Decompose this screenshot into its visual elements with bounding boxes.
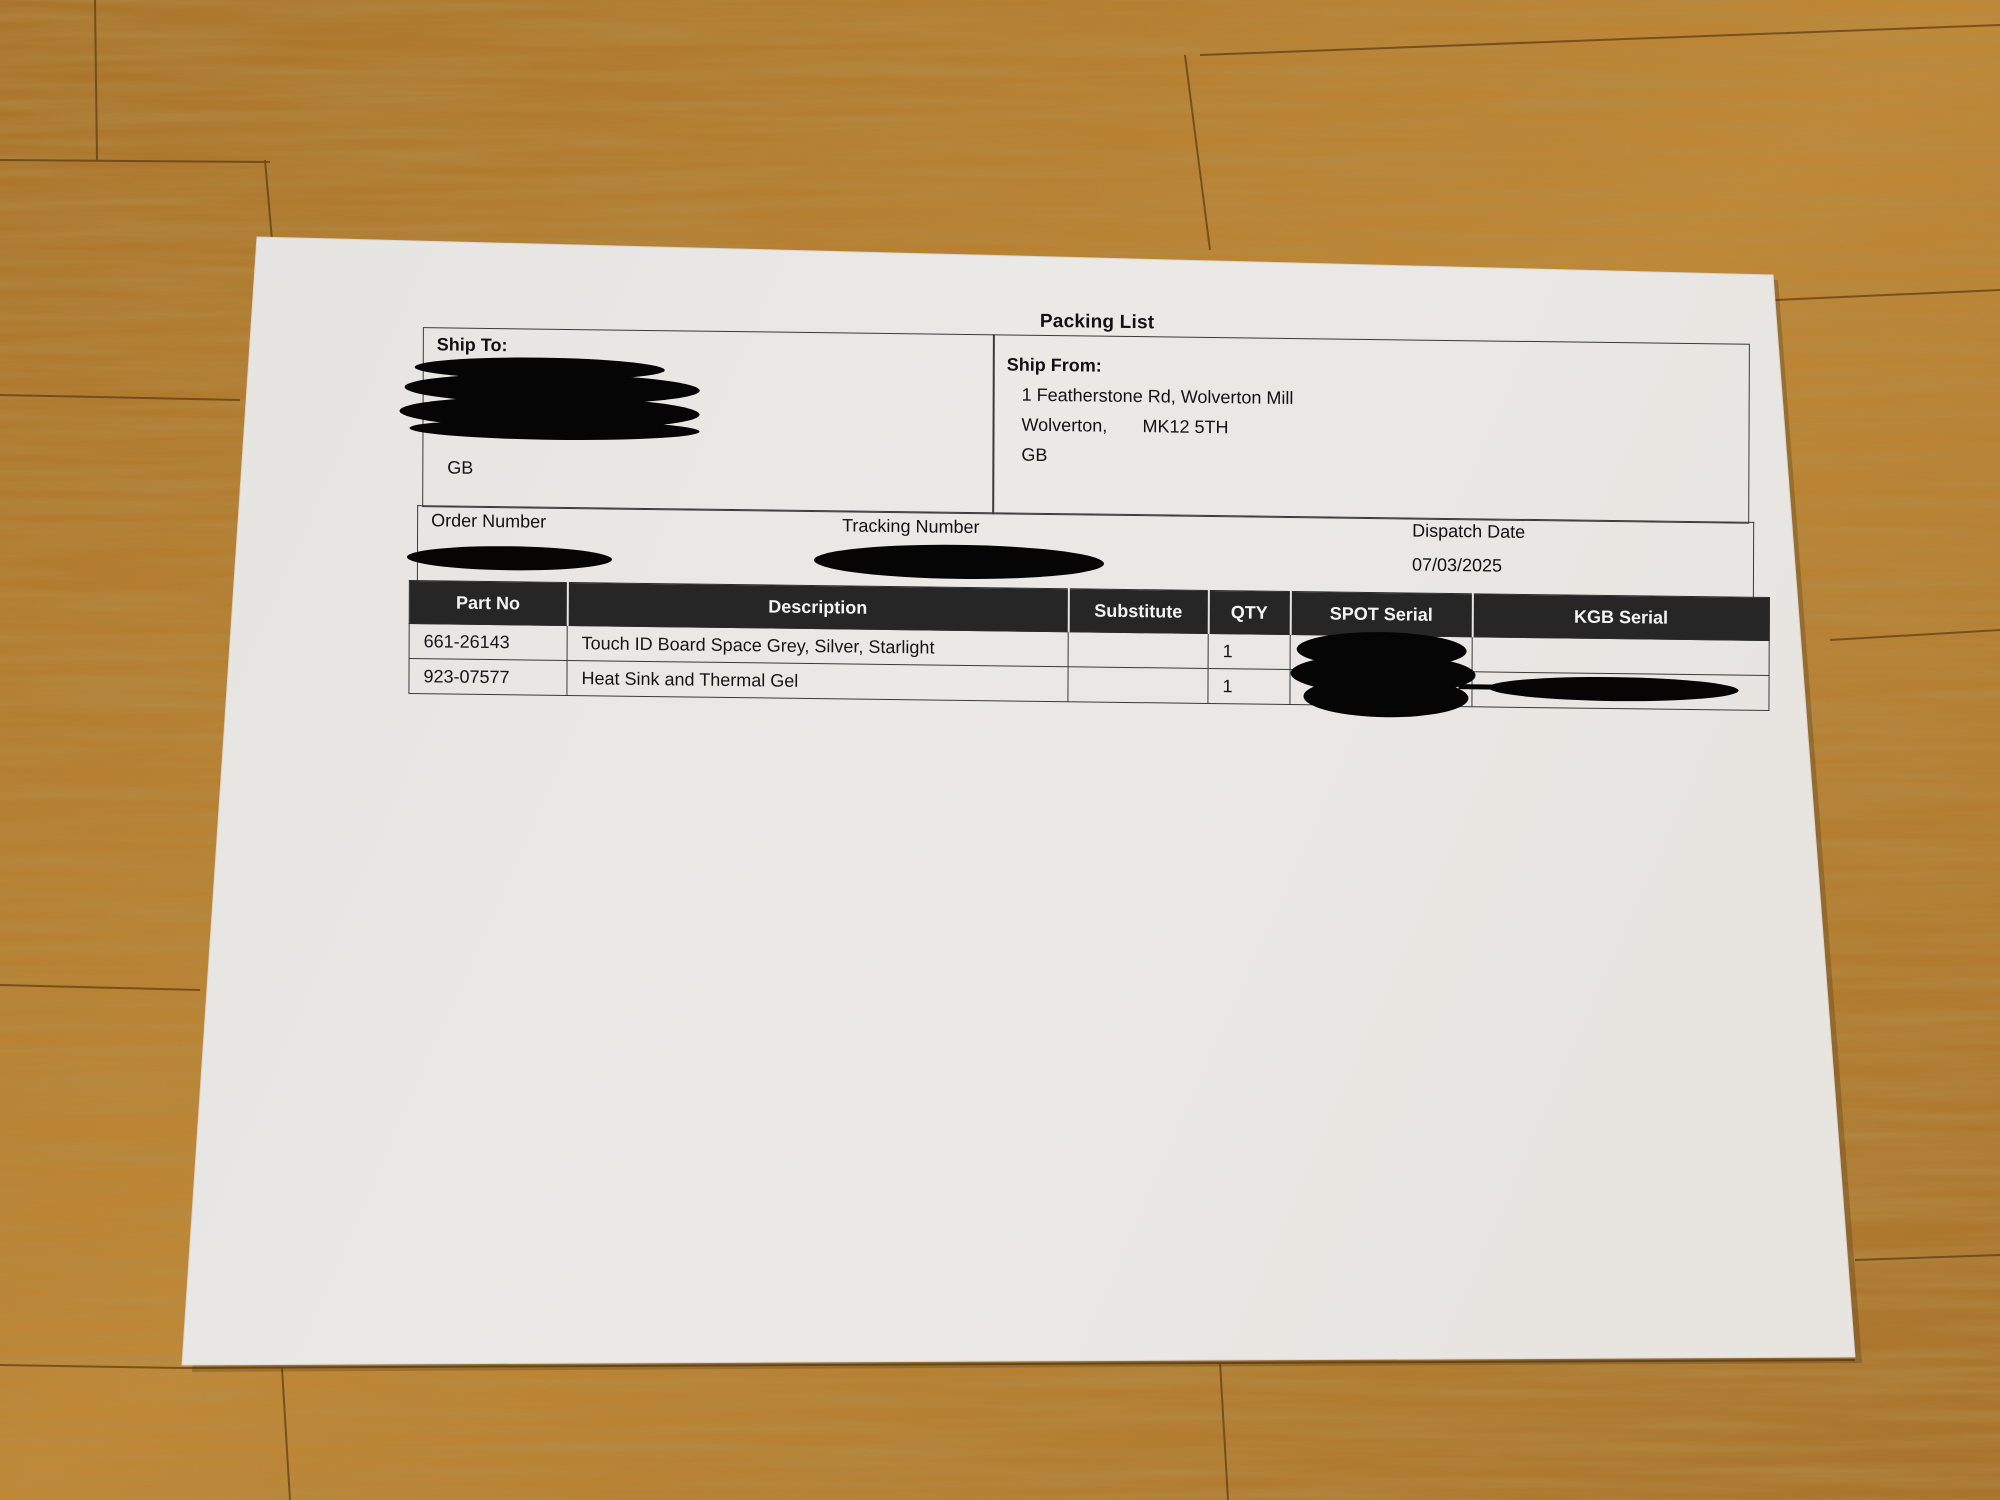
column-header-qty: QTY: [1208, 590, 1290, 634]
paper-sheet: [0, 0, 2000, 1500]
ship-from-postcode: MK12 5TH: [1142, 416, 1228, 438]
qty-cell: 1: [1208, 668, 1290, 704]
document-title: Packing List: [1040, 311, 1154, 334]
column-header-part-no: Part No: [409, 581, 567, 626]
ship-from-town: Wolverton,: [1021, 415, 1107, 437]
ship-to-label: Ship To:: [437, 334, 508, 356]
ship-from-country: GB: [1021, 445, 1047, 466]
part-no-cell: 661-26143: [409, 624, 567, 661]
packing-list-document: Packing List Ship To: GB Ship From: 1 Fe…: [408, 300, 1770, 737]
order-number-label: Order Number: [431, 510, 546, 532]
column-header-spot-serial: SPOT Serial: [1290, 592, 1472, 637]
column-header-description: Description: [567, 582, 1068, 631]
tracking-number-label: Tracking Number: [842, 515, 979, 538]
column-header-kgb-serial: KGB Serial: [1472, 594, 1769, 641]
qty-cell: 1: [1208, 633, 1290, 669]
description-cell: Heat Sink and Thermal Gel: [567, 660, 1068, 701]
dispatch-date-label: Dispatch Date: [1412, 521, 1525, 543]
ship-from-line1: 1 Featherstone Rd, Wolverton Mill: [1022, 385, 1294, 409]
column-header-substitute: Substitute: [1068, 589, 1208, 634]
kgb-serial-redaction-tail: [1458, 684, 1498, 690]
substitute-cell: [1068, 667, 1208, 704]
dispatch-date-value: 07/03/2025: [1412, 555, 1502, 577]
ship-from-label: Ship From:: [1007, 354, 1102, 376]
substitute-cell: [1068, 632, 1208, 669]
ship-to-country: GB: [447, 457, 473, 478]
kgb-serial-cell: [1472, 637, 1769, 676]
part-no-cell: 923-07577: [409, 659, 567, 696]
